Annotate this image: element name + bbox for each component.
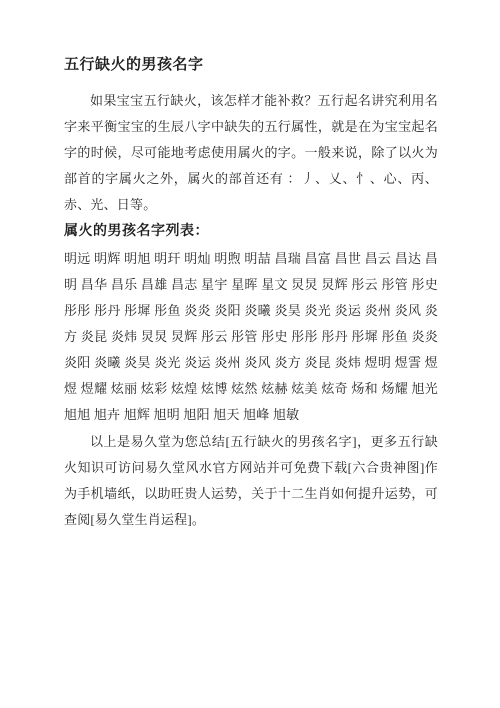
intro-paragraph: 如果宝宝五行缺火，该怎样才能补救？五行起名讲究利用名字来平衡宝宝的生辰八字中缺失… — [64, 88, 438, 218]
page-title: 五行缺火的男孩名字 — [64, 56, 438, 74]
closing-paragraph: 以上是易久堂为您总结[五行缺火的男孩名字]，更多五行缺火知识可访问易久堂风水官方… — [64, 429, 438, 533]
names-list-heading: 属火的男孩名字列表： — [64, 219, 438, 245]
document-page: 五行缺火的男孩名字 如果宝宝五行缺火，该怎样才能补救？五行起名讲究利用名字来平衡… — [0, 0, 500, 708]
names-list-paragraph: 明远 明辉 明旭 明玕 明灿 明煦 明喆 昌瑞 昌富 昌世 昌云 昌达 昌明 昌… — [64, 246, 438, 428]
